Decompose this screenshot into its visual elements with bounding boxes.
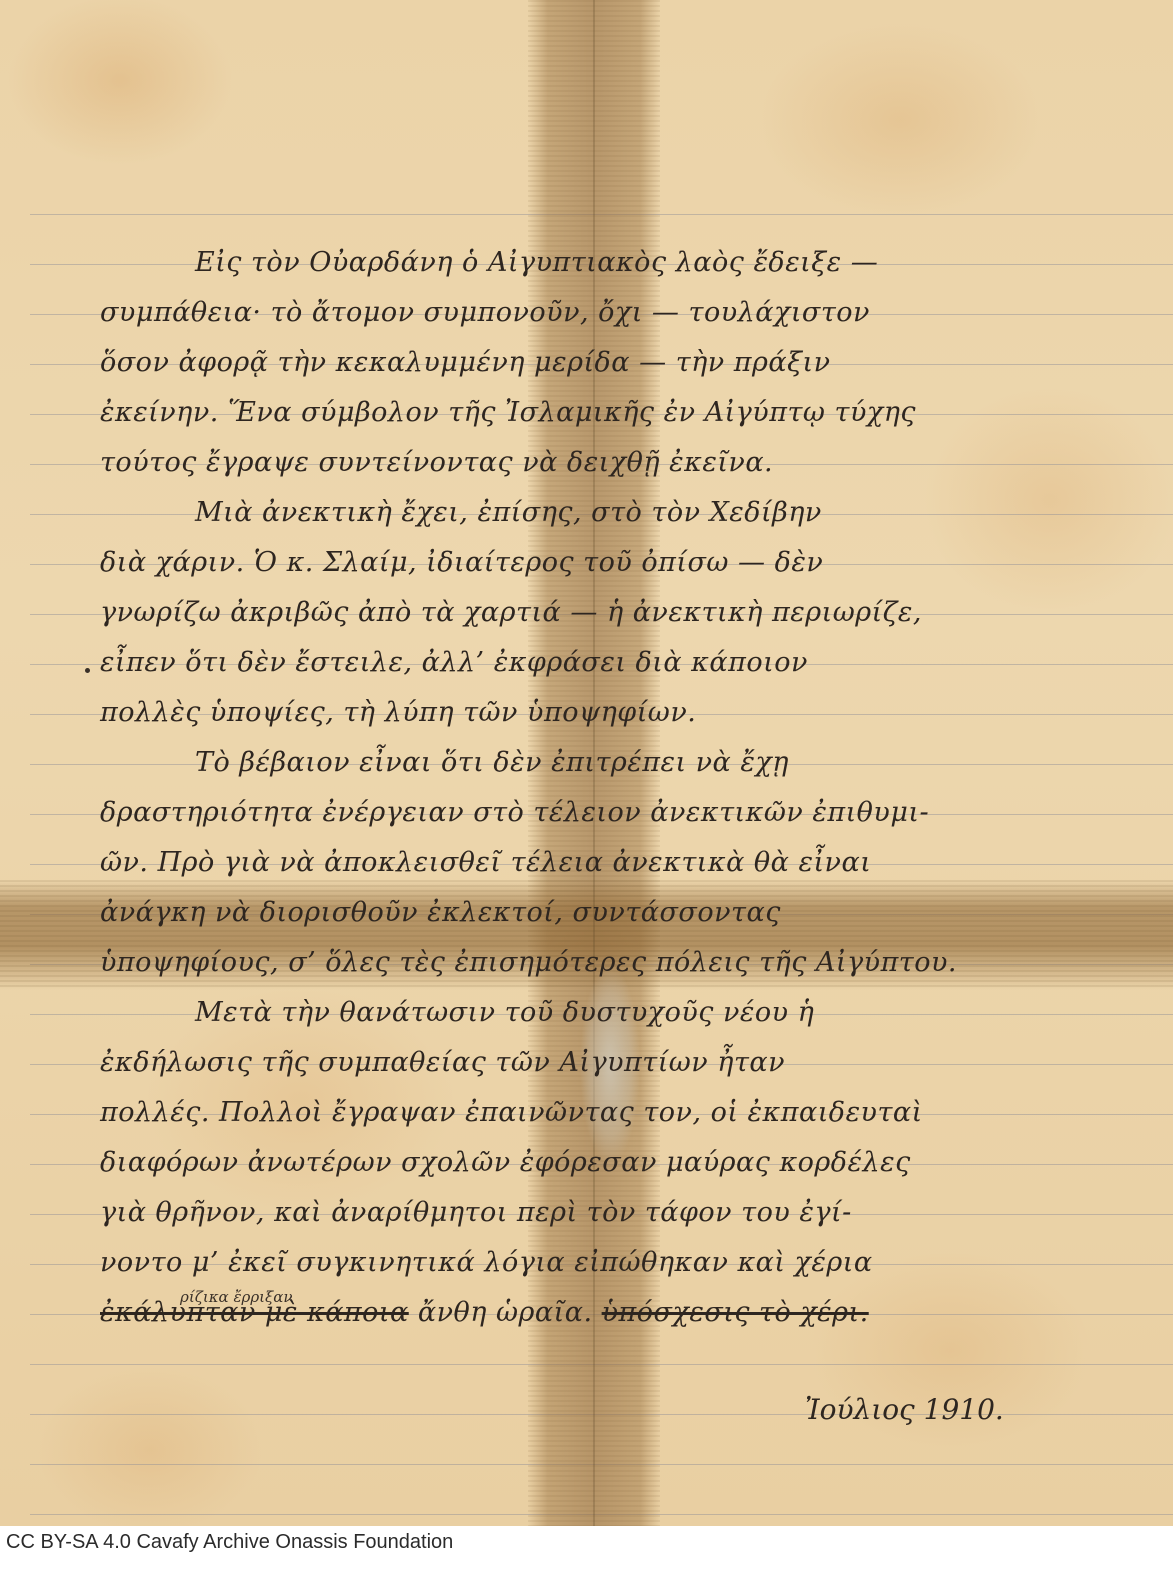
text-line: Μετὰ τὴν θανάτωσιν τοῦ δυστυχοῦς νέου ἡ [100, 988, 1140, 1038]
text-line: Τὸ βέβαιον εἶναι ὅτι δὲν ἐπιτρέπει νὰ ἔχ… [100, 738, 1140, 788]
paragraph-2: Μιὰ ἀνεκτικὴ ἔχει, ἐπίσης, στὸ τὸν Χεδίβ… [100, 488, 1140, 738]
text-line: διαφόρων ἀνωτέρων σχολῶν ἐφόρεσαν μαύρας… [100, 1138, 1140, 1188]
text-line: Μιὰ ἀνεκτικὴ ἔχει, ἐπίσης, στὸ τὸν Χεδίβ… [100, 488, 1140, 538]
manuscript-page: Εἰς τὸν Οὐαρδάνη ὁ Αἰγυπτιακὸς λαὸς ἔδει… [0, 0, 1173, 1526]
text-line: νοντο μ’ ἐκεῖ συγκινητικά λόγια εἰπώθηκα… [100, 1238, 1140, 1288]
text-line: ὑποψηφίους, σ’ ὅλες τὲς ἐπισημότερες πόλ… [100, 938, 1140, 988]
margin-mark [85, 668, 90, 673]
text-line: ἐκείνην. Ἕνα σύμβολον τῆς Ἰσλαμικῆς ἐν Α… [100, 388, 1140, 438]
paragraph-3: Τὸ βέβαιον εἶναι ὅτι δὲν ἐπιτρέπει νὰ ἔχ… [100, 738, 1140, 988]
text-line: πολλὲς ὑποψίες, τὴ λύπη τῶν ὑποψηφίων. [100, 688, 1140, 738]
struck-text: ὑπόσχεσις τὸ χέρι. [602, 1297, 869, 1328]
text-line: ἐκδήλωσις τῆς συμπαθείας τῶν Αἰγυπτίων ἦ… [100, 1038, 1140, 1088]
text-line: συμπάθεια· τὸ ἄτομον συμπονοῦν, ὄχι — το… [100, 288, 1140, 338]
text-line: ὅσον ἀφορᾷ τὴν κεκαλυμμένη μερίδα — τὴν … [100, 338, 1140, 388]
manuscript-body: Εἰς τὸν Οὐαρδάνη ὁ Αἰγυπτιακὸς λαὸς ἔδει… [100, 238, 1140, 1338]
paragraph-4: Μετὰ τὴν θανάτωσιν τοῦ δυστυχοῦς νέου ἡ … [100, 988, 1140, 1338]
license-credit: CC BY-SA 4.0 Cavafy Archive Onassis Foun… [6, 1531, 453, 1554]
text-line: διὰ χάριν. Ὁ κ. Σλαίμ, ἰδιαίτερος τοῦ ὀπ… [100, 538, 1140, 588]
text-line: δραστηριότητα ἐνέργειαν στὸ τέλειον ἀνεκ… [100, 788, 1140, 838]
text-line: τούτος ἔγραψε συντείνοντας νὰ δειχθῇ ἐκε… [100, 438, 1140, 488]
text-line: γιὰ θρῆνον, καὶ ἀναρίθμητοι περὶ τὸν τάφ… [100, 1188, 1140, 1238]
text-line: πολλές. Πολλοὶ ἔγραψαν ἐπαινῶντας τον, ο… [100, 1088, 1140, 1138]
text-line: ἀνάγκη νὰ διορισθοῦν ἐκλεκτοί, συντάσσον… [100, 888, 1140, 938]
paragraph-1: Εἰς τὸν Οὐαρδάνη ὁ Αἰγυπτιακὸς λαὸς ἔδει… [100, 238, 1140, 488]
manuscript-date: Ἰούλιος 1910. [805, 1393, 1004, 1426]
text-segment: ἄνθη ὡραῖα. [418, 1297, 593, 1328]
text-line: Εἰς τὸν Οὐαρδάνη ὁ Αἰγυπτιακὸς λαὸς ἔδει… [100, 238, 1140, 288]
text-line: εἶπεν ὅτι δὲν ἔστειλε, ἀλλ’ ἐκφράσει διὰ… [100, 638, 1140, 688]
interlinear-insertion: ρίζικα ἔρριξαν [180, 1288, 293, 1306]
text-line: γνωρίζω ἀκριβῶς ἀπὸ τὰ χαρτιά — ἡ ἀνεκτι… [100, 588, 1140, 638]
text-line: ῶν. Πρὸ γιὰ νὰ ἀποκλεισθεῖ τέλεια ἀνεκτι… [100, 838, 1140, 888]
